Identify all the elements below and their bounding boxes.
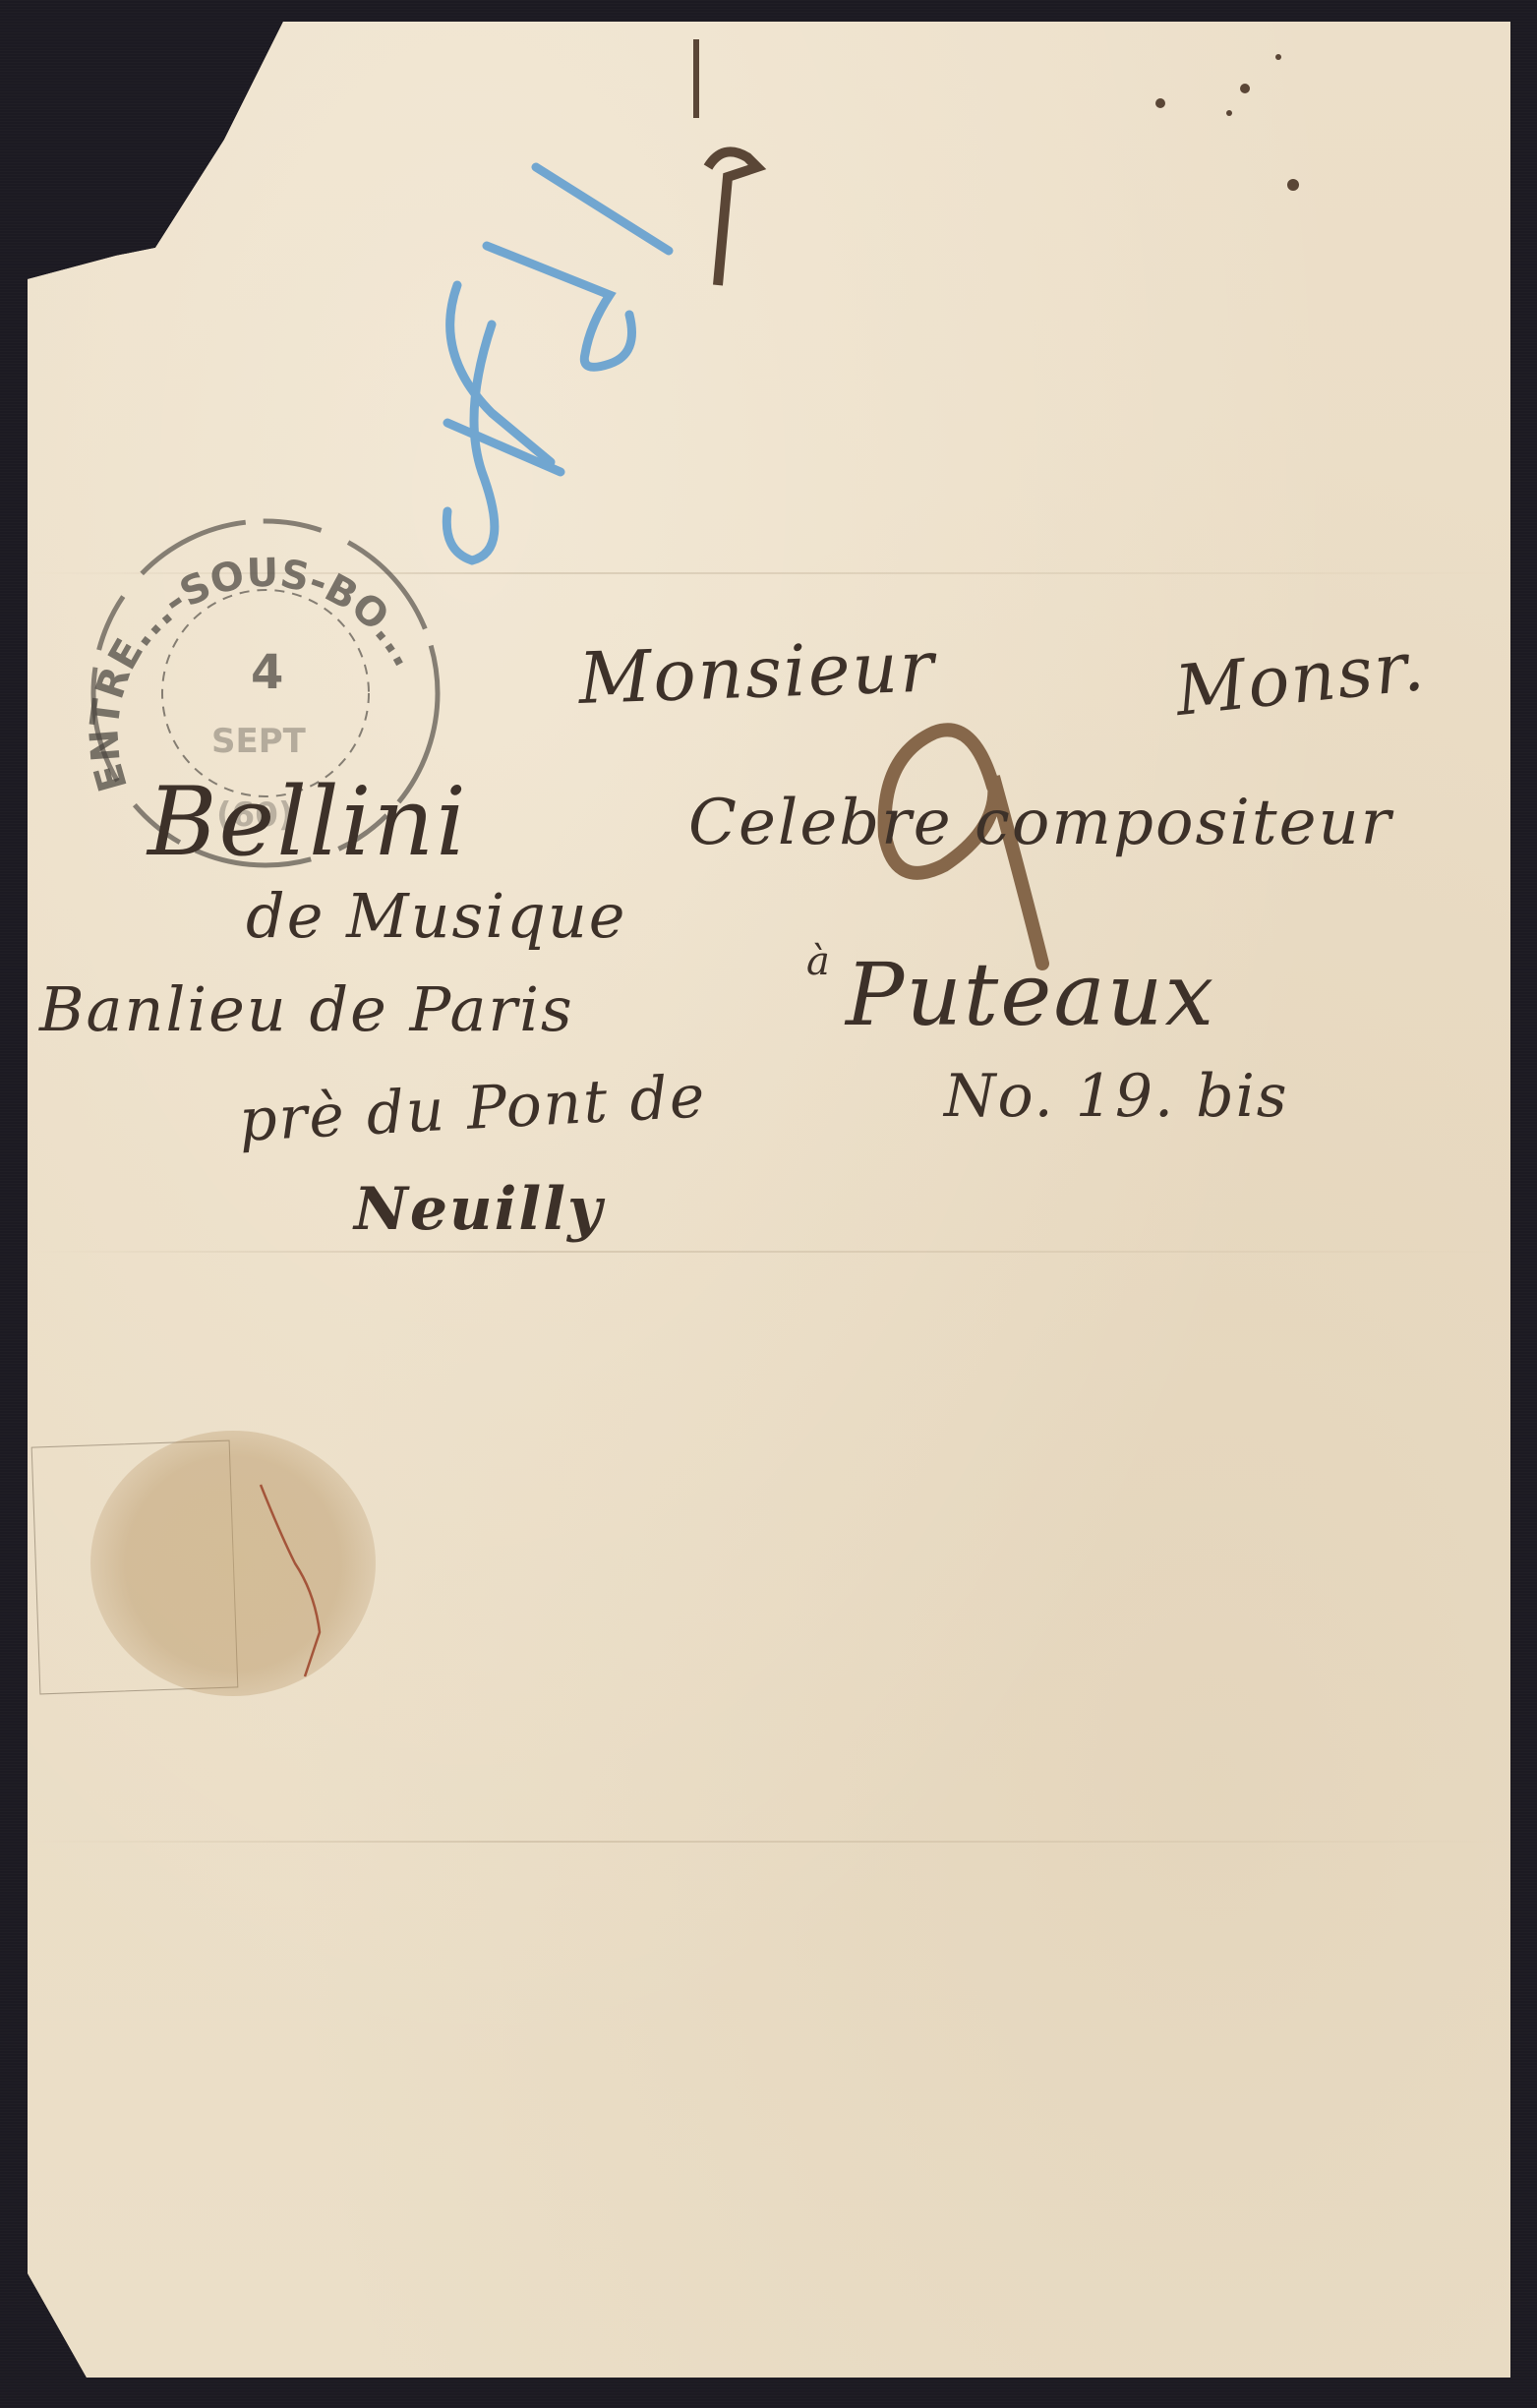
archive-mark-icon — [446, 167, 669, 560]
marks-layer: ENTRE...-SOUS-BO... 4 SEPT (60) — [0, 0, 1537, 2408]
region-line: Banlieu de Paris — [39, 973, 574, 1045]
ink-spots — [693, 39, 1299, 285]
recipient-title-line-2: de Musique — [246, 880, 626, 952]
locality-line-2: Neuilly — [354, 1175, 604, 1244]
seal-edge-line — [261, 1485, 320, 1676]
salutation-monsieur: Monsieur — [577, 624, 937, 720]
postmark-day: 4 — [251, 645, 283, 700]
recipient-title-line-1: Celebre compositeur — [688, 787, 1392, 859]
recipient-name: Bellini — [148, 767, 468, 877]
city-prefix: à — [806, 939, 832, 984]
street-number: No. 19. bis — [944, 1062, 1289, 1131]
city-name: Puteaux — [846, 944, 1215, 1045]
postmark-month: SEPT — [211, 722, 307, 761]
